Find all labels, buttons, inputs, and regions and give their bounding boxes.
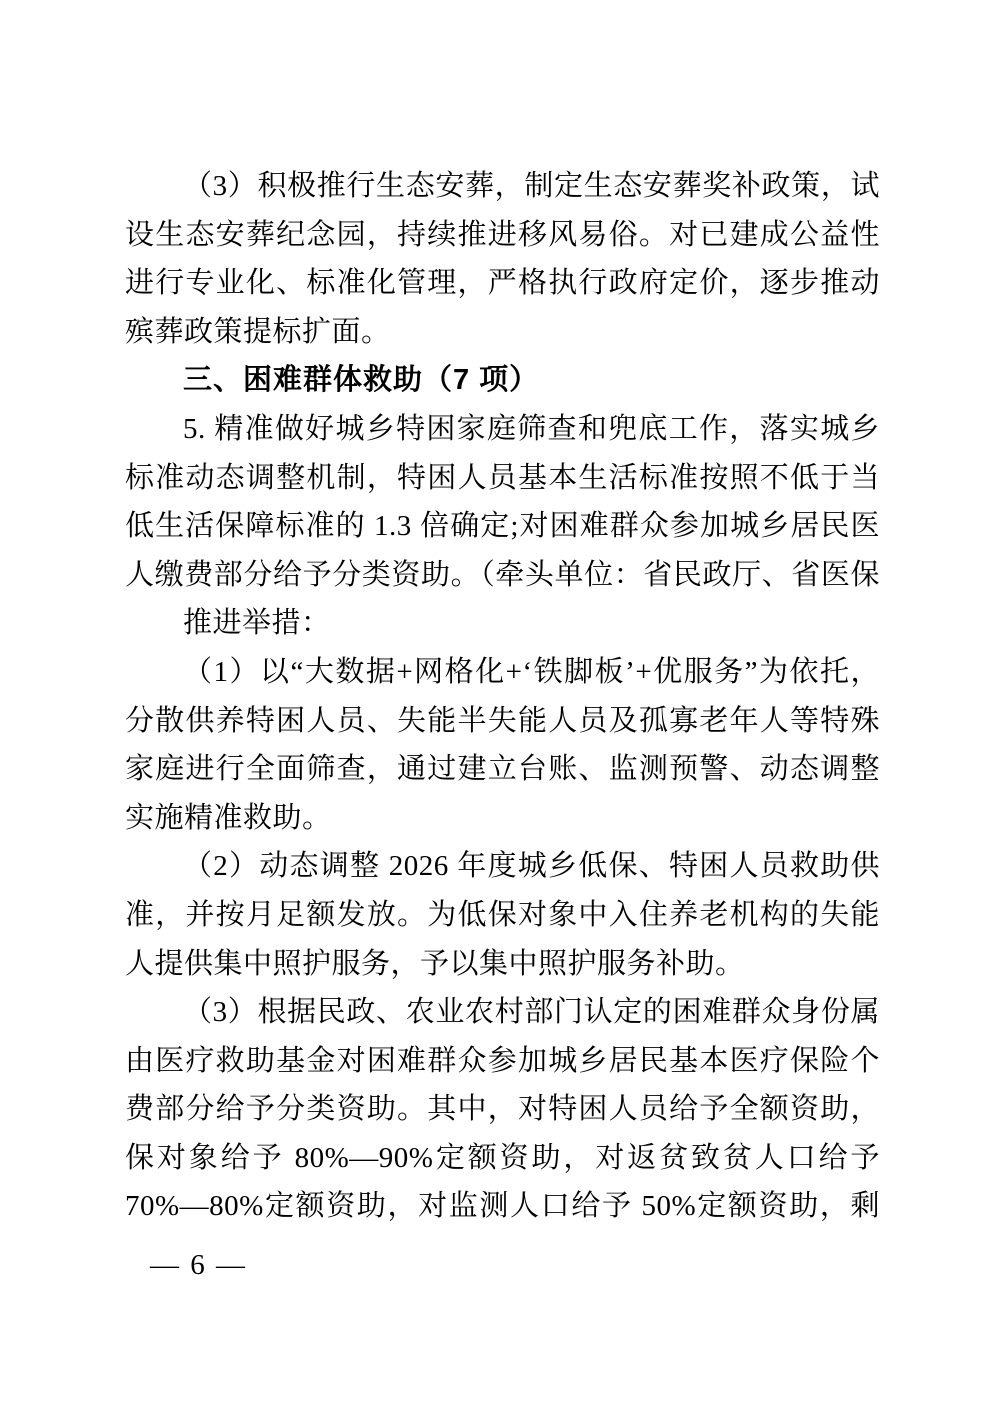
text-line: （2）动态调整 2026 年度城乡低保、特困人员救助供养标 xyxy=(125,842,880,891)
text-line: 准，并按月足额发放。为低保对象中入住养老机构的失能老年 xyxy=(125,891,880,940)
text-line: 进行专业化、标准化管理，严格执行政府定价，逐步推动惠民 xyxy=(125,259,880,308)
page-number: — 6 — xyxy=(150,1245,247,1285)
text-line: 殡葬政策提标扩面。 xyxy=(125,308,880,357)
text-line: 标准动态调整机制，特困人员基本生活标准按照不低于当地最 xyxy=(125,454,880,503)
text-line: 低生活保障标准的 1.3 倍确定;对困难群众参加城乡居民医保个 xyxy=(125,502,880,551)
text-line: 保对象给予 80%—90%定额资助，对返贫致贫人口给予 xyxy=(125,1134,880,1183)
text-line: （3）积极推行生态安葬，制定生态安葬奖补政策，试点建 xyxy=(125,162,880,211)
text-line: 实施精准救助。 xyxy=(125,794,880,843)
document-body: （3）积极推行生态安葬，制定生态安葬奖补政策，试点建 设生态安葬纪念园，持续推进… xyxy=(125,162,880,1231)
text-line: 家庭进行全面筛查，通过建立台账、监测预警、动态调整等， xyxy=(125,745,880,794)
text-line: 推进举措： xyxy=(125,599,880,648)
text-line: 5. 精准做好城乡特困家庭筛查和兜底工作，落实城乡低保 xyxy=(125,405,880,454)
text-line: 分散供养特困人员、失能半失能人员及孤寡老年人等特殊困难 xyxy=(125,697,880,746)
text-line: （3）根据民政、农业农村部门认定的困难群众身份属性， xyxy=(125,988,880,1037)
section-heading: 三、困难群体救助（7 项） xyxy=(125,356,880,405)
text-line: 设生态安葬纪念园，持续推进移风易俗。对已建成公益性公墓 xyxy=(125,211,880,260)
text-line: （1）以“大数据+网格化+‘铁脚板’+优服务”为依托，对城乡 xyxy=(125,648,880,697)
text-line: 由医疗救助基金对困难群众参加城乡居民基本医疗保险个人缴 xyxy=(125,1037,880,1086)
text-line: 费部分给予分类资助。其中，对特困人员给予全额资助，对低 xyxy=(125,1085,880,1134)
text-line: 人缴费部分给予分类资助。（牵头单位：省民政厅、省医保局） xyxy=(125,551,880,600)
text-line: 70%—80%定额资助，对监测人口给予 50%定额资助，剩余费用 xyxy=(125,1182,880,1231)
text-line: 人提供集中照护服务，予以集中照护服务补助。 xyxy=(125,940,880,989)
document-page: （3）积极推行生态安葬，制定生态安葬奖补政策，试点建 设生态安葬纪念园，持续推进… xyxy=(0,0,1000,1414)
